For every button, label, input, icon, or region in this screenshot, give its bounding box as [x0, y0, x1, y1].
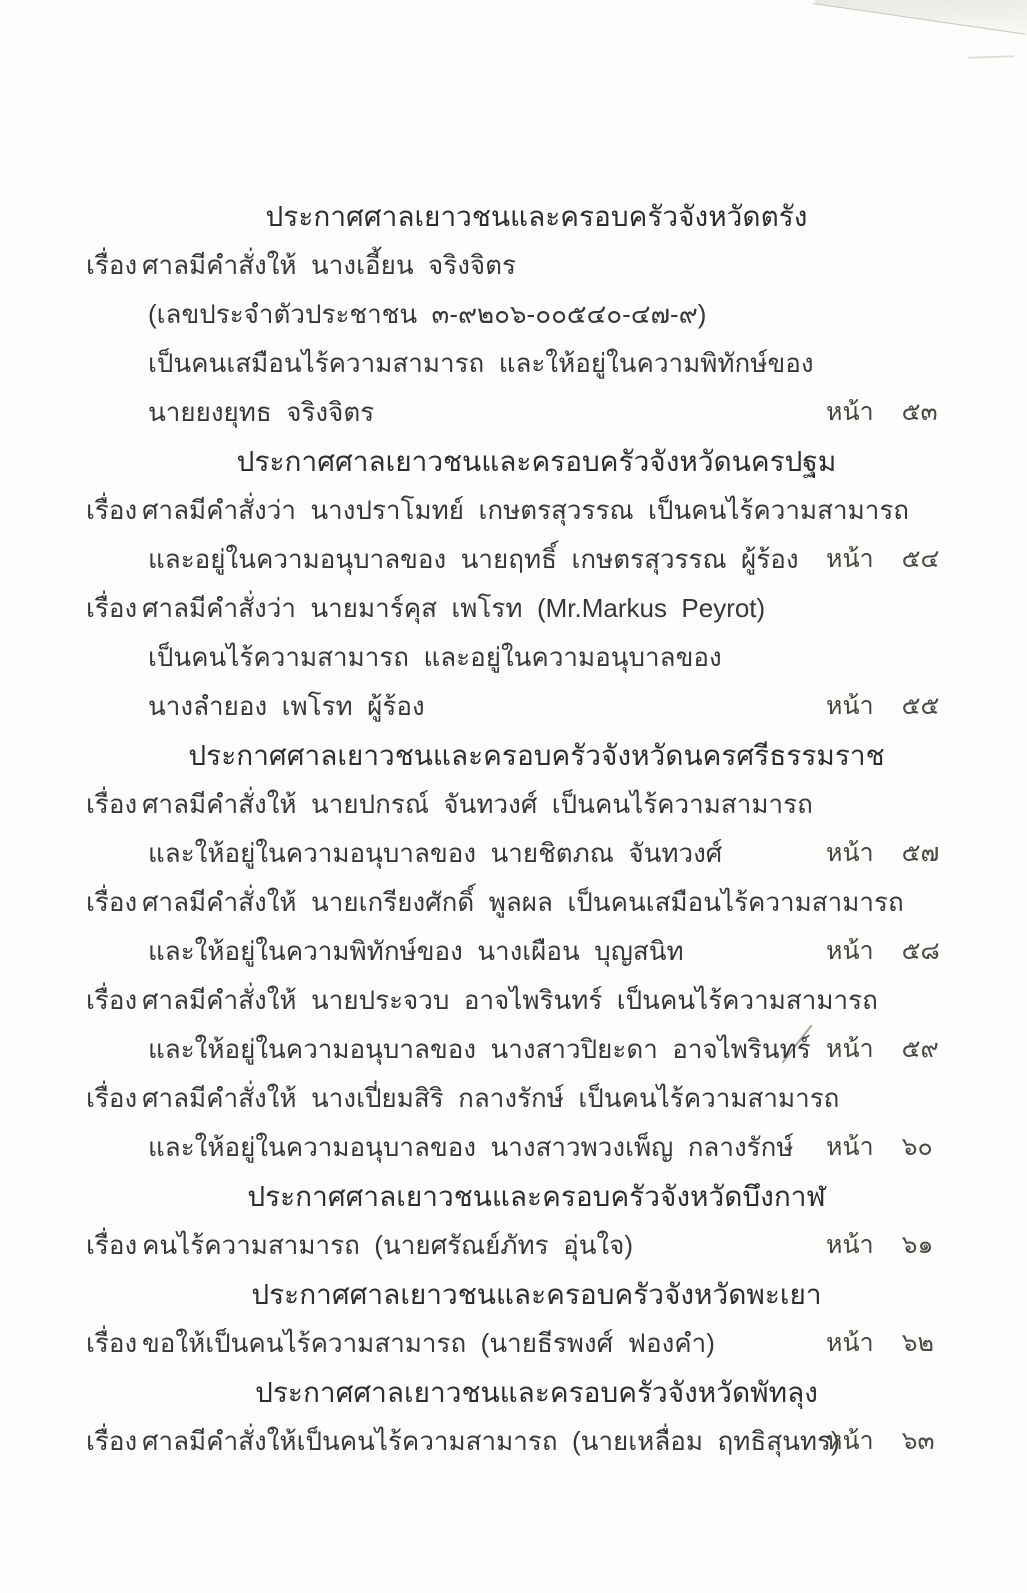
- entry-label: เรื่อง: [86, 584, 137, 633]
- entry-text: และให้อยู่ในความอนุบาลของ นายชิตภณ จันทว…: [148, 829, 722, 878]
- entry-text: ศาลมีคำสั่งให้ นางเปี่ยมสิริ กลางรักษ์ เ…: [142, 1074, 839, 1123]
- page-ref: หน้า๕๘: [826, 927, 940, 976]
- entry-text: และให้อยู่ในความอนุบาลของ นางสาวพวงเพ็ญ …: [148, 1123, 794, 1172]
- entry-text: ศาลมีคำสั่งว่า นายมาร์คุส เพโรท (Mr.Mark…: [142, 584, 765, 633]
- page-label: หน้า: [826, 1035, 874, 1063]
- entry-text: เป็นคนเสมือนไร้ความสามารถ และให้อยู่ในคว…: [148, 339, 814, 388]
- page-number: ๕๕: [902, 682, 940, 731]
- toc-section: ประกาศศาลเยาวชนและครอบครัวจังหวัดพะเยา เ…: [0, 1270, 1027, 1368]
- page-number: ๕๘: [902, 927, 940, 976]
- page-number: ๕๓: [902, 388, 938, 437]
- page-number: ๕๗: [902, 829, 940, 878]
- entry-text: ศาลมีคำสั่งให้เป็นคนไร้ความสามารถ (นายเห…: [142, 1417, 840, 1466]
- toc-entry-line: เรื่อง ศาลมีคำสั่งให้ นายปกรณ์ จันทวงศ์ …: [0, 780, 1027, 829]
- entry-text: ศาลมีคำสั่งว่า นางปราโมทย์ เกษตรสุวรรณ เ…: [142, 486, 909, 535]
- page-ref: หน้า๖๑: [826, 1221, 933, 1270]
- entry-text: ศาลมีคำสั่งให้ นายปกรณ์ จันทวงศ์ เป็นคนไ…: [142, 780, 813, 829]
- entry-text: (เลขประจำตัวประชาชน ๓-๙๒๐๖-๐๐๕๔๐-๔๗-๙): [148, 290, 706, 339]
- toc-entry-line: และอยู่ในความอนุบาลของ นายฤทธิ์ เกษตรสุว…: [0, 535, 1027, 584]
- page-ref: หน้า๖๓: [826, 1417, 935, 1466]
- toc-entry-line: และให้อยู่ในความอนุบาลของ นายชิตภณ จันทว…: [0, 829, 1027, 878]
- page-label: หน้า: [826, 937, 874, 965]
- page-number: ๕๙: [902, 1025, 939, 1074]
- toc-entry-line: เรื่อง ศาลมีคำสั่งให้ นางเปี่ยมสิริ กลาง…: [0, 1074, 1027, 1123]
- page-number: ๖๓: [902, 1417, 935, 1466]
- court-announcement-header: ประกาศศาลเยาวชนและครอบครัวจังหวัดนครปฐม: [0, 437, 1027, 486]
- page-number: ๖๐: [902, 1123, 933, 1172]
- entry-text: ศาลมีคำสั่งให้ นายประจวบ อาจไพรินทร์ เป็…: [142, 976, 878, 1025]
- toc-entry-line: เรื่อง ขอให้เป็นคนไร้ความสามารถ (นายธีรพ…: [0, 1319, 1027, 1368]
- page-label: หน้า: [826, 1329, 874, 1357]
- page-number: ๖๒: [902, 1319, 934, 1368]
- court-announcement-header: ประกาศศาลเยาวชนและครอบครัวจังหวัดบึงกาฬ: [0, 1172, 1027, 1221]
- page-label: หน้า: [826, 1133, 874, 1161]
- page-label: หน้า: [826, 1427, 874, 1455]
- entry-text: ศาลมีคำสั่งให้ นายเกรียงศักดิ์ พูลผล เป็…: [142, 878, 904, 927]
- entry-label: เรื่อง: [86, 780, 137, 829]
- page-ref: หน้า๕๙: [826, 1025, 939, 1074]
- toc-section: ประกาศศาลเยาวชนและครอบครัวจังหวัดตรัง เร…: [0, 192, 1027, 437]
- toc-section: ประกาศศาลเยาวชนและครอบครัวจังหวัดนครศรีธ…: [0, 731, 1027, 1172]
- page-ref: หน้า๕๓: [826, 388, 938, 437]
- court-announcement-header: ประกาศศาลเยาวชนและครอบครัวจังหวัดนครศรีธ…: [0, 731, 1027, 780]
- toc-entry-line: และให้อยู่ในความอนุบาลของ นางสาวปิยะดา อ…: [0, 1025, 1027, 1074]
- court-announcement-header: ประกาศศาลเยาวชนและครอบครัวจังหวัดพัทลุง: [0, 1368, 1027, 1417]
- toc-entry-line: เป็นคนเสมือนไร้ความสามารถ และให้อยู่ในคว…: [0, 339, 1027, 388]
- toc-entry-line: เรื่อง คนไร้ความสามารถ (นายศรัณย์ภัทร อุ…: [0, 1221, 1027, 1270]
- entry-text: และให้อยู่ในความอนุบาลของ นางสาวปิยะดา อ…: [148, 1025, 811, 1074]
- toc-content: ประกาศศาลเยาวชนและครอบครัวจังหวัดตรัง เร…: [0, 192, 1027, 1466]
- toc-entry-line: และให้อยู่ในความอนุบาลของ นางสาวพวงเพ็ญ …: [0, 1123, 1027, 1172]
- toc-section: ประกาศศาลเยาวชนและครอบครัวจังหวัดนครปฐม …: [0, 437, 1027, 731]
- toc-section: ประกาศศาลเยาวชนและครอบครัวจังหวัดพัทลุง …: [0, 1368, 1027, 1466]
- toc-entry-line: เรื่อง ศาลมีคำสั่งให้ นางเอี้ยน จริงจิตร: [0, 241, 1027, 290]
- toc-entry-line: เป็นคนไร้ความสามารถ และอยู่ในความอนุบาลข…: [0, 633, 1027, 682]
- page-label: หน้า: [826, 398, 874, 426]
- page-label: หน้า: [826, 1231, 874, 1259]
- toc-entry-line: และให้อยู่ในความพิทักษ์ของ นางเผือน บุญส…: [0, 927, 1027, 976]
- page-label: หน้า: [826, 839, 874, 867]
- page-number: ๕๔: [902, 535, 940, 584]
- court-announcement-header: ประกาศศาลเยาวชนและครอบครัวจังหวัดพะเยา: [0, 1270, 1027, 1319]
- entry-label: เรื่อง: [86, 1221, 137, 1270]
- page-ref: หน้า๖๐: [826, 1123, 933, 1172]
- page-ref: หน้า๕๕: [826, 682, 939, 731]
- entry-text: และอยู่ในความอนุบาลของ นายฤทธิ์ เกษตรสุว…: [148, 535, 799, 584]
- entry-text: เป็นคนไร้ความสามารถ และอยู่ในความอนุบาลข…: [148, 633, 722, 682]
- entry-text: ศาลมีคำสั่งให้ นางเอี้ยน จริงจิตร: [142, 241, 516, 290]
- toc-entry-line: เรื่อง ศาลมีคำสั่งว่า นางปราโมทย์ เกษตรส…: [0, 486, 1027, 535]
- toc-section: ประกาศศาลเยาวชนและครอบครัวจังหวัดบึงกาฬ …: [0, 1172, 1027, 1270]
- entry-text: และให้อยู่ในความพิทักษ์ของ นางเผือน บุญส…: [148, 927, 684, 976]
- page-ref: หน้า๕๔: [826, 535, 939, 584]
- toc-entry-line: เรื่อง ศาลมีคำสั่งว่า นายมาร์คุส เพโรท (…: [0, 584, 1027, 633]
- page-label: หน้า: [826, 692, 874, 720]
- scanned-gazette-toc-page: ประกาศศาลเยาวชนและครอบครัวจังหวัดตรัง เร…: [0, 0, 1027, 1593]
- toc-entry-line: เรื่อง ศาลมีคำสั่งให้ นายประจวบ อาจไพริน…: [0, 976, 1027, 1025]
- entry-label: เรื่อง: [86, 241, 137, 290]
- entry-label: เรื่อง: [86, 878, 137, 927]
- toc-entry-line: เรื่อง ศาลมีคำสั่งให้ นายเกรียงศักดิ์ พู…: [0, 878, 1027, 927]
- entry-text: นายยงยุทธ จริงจิตร: [148, 388, 374, 437]
- page-ref: หน้า๖๒: [826, 1319, 934, 1368]
- page-ref: หน้า๕๗: [826, 829, 939, 878]
- entry-text: ขอให้เป็นคนไร้ความสามารถ (นายธีรพงศ์ ฟอง…: [142, 1319, 715, 1368]
- toc-entry-line: เรื่อง ศาลมีคำสั่งให้เป็นคนไร้ความสามารถ…: [0, 1417, 1027, 1466]
- page-number: ๖๑: [902, 1221, 934, 1270]
- toc-entry-line: นายยงยุทธ จริงจิตร หน้า๕๓: [0, 388, 1027, 437]
- entry-text: นางลำยอง เพโรท ผู้ร้อง: [148, 682, 425, 731]
- entry-label: เรื่อง: [86, 1074, 137, 1123]
- scan-smudge-mark: [968, 55, 1014, 59]
- entry-label: เรื่อง: [86, 486, 137, 535]
- toc-entry-line: (เลขประจำตัวประชาชน ๓-๙๒๐๖-๐๐๕๔๐-๔๗-๙): [0, 290, 1027, 339]
- entry-label: เรื่อง: [86, 976, 137, 1025]
- page-label: หน้า: [826, 545, 874, 573]
- toc-entry-line: นางลำยอง เพโรท ผู้ร้อง หน้า๕๕: [0, 682, 1027, 731]
- court-announcement-header: ประกาศศาลเยาวชนและครอบครัวจังหวัดตรัง: [0, 192, 1027, 241]
- entry-text: คนไร้ความสามารถ (นายศรัณย์ภัทร อุ่นใจ): [142, 1221, 633, 1270]
- entry-label: เรื่อง: [86, 1319, 137, 1368]
- entry-label: เรื่อง: [86, 1417, 137, 1466]
